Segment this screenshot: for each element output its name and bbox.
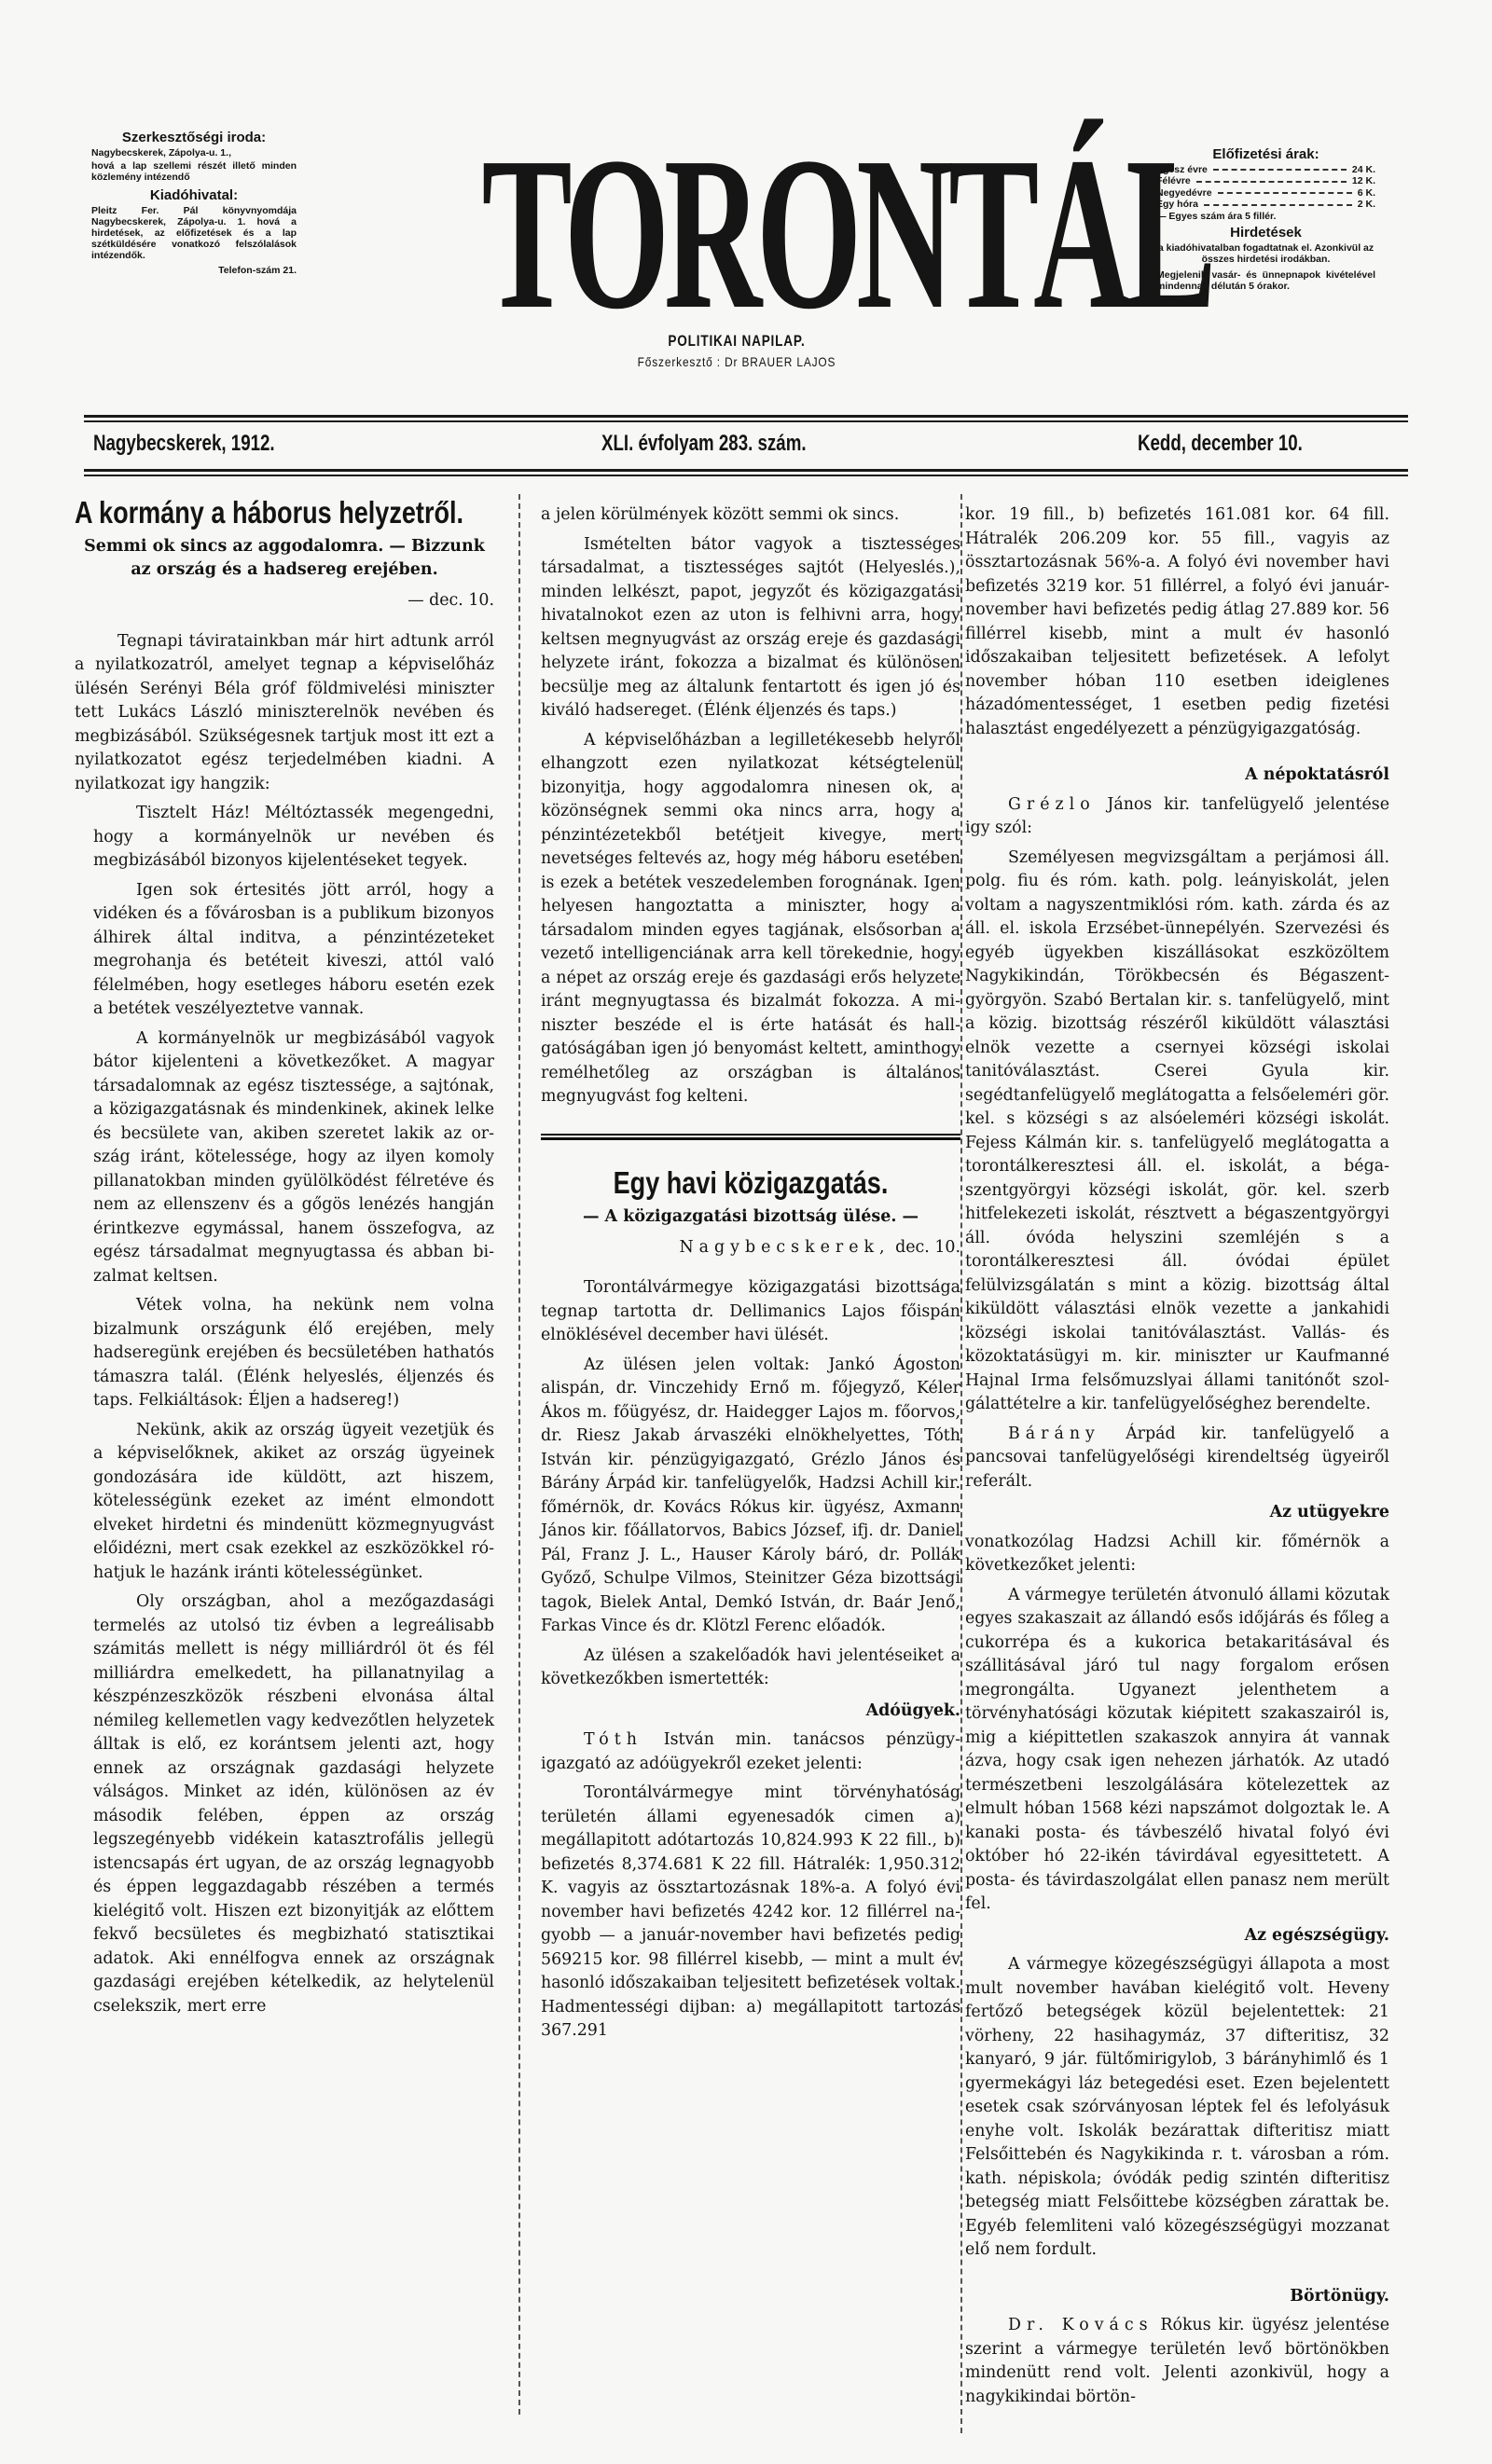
volume-issue: XLI. évfolyam 283. szám. (601, 431, 807, 457)
ads-text: a kiadóhivatalban fogadtatnak el. Azonki… (1156, 242, 1375, 266)
paragraph: Torontálvármegye közigazgatási bi­zottsá… (541, 1276, 960, 1348)
paragraph: vonatkozólag Hadzsi Achill kir. főmér­nö… (965, 1531, 1389, 1578)
newspaper-title: TORONTÁL (482, 140, 974, 326)
article-dateline: — dec. 10. (75, 589, 494, 613)
bottom-rule (84, 469, 1408, 472)
paragraph: Torontálvármegye mint törvényható­ság te… (541, 1782, 960, 2044)
editorial-office-heading: Szerkesztőségi iroda: (91, 132, 297, 144)
column-separator (960, 494, 962, 2433)
article-deck: — A közigazgatási bizottság ülése. — (541, 1205, 960, 1229)
paragraph: Ismételten bátor vagyok a tisztes­séges … (541, 533, 960, 723)
paragraph: Grézlo János kir. tanfelügyelő je­lentés… (965, 793, 1389, 841)
article-deck: Semmi ok sincs az aggodalomra. — Bizzunk… (75, 535, 494, 582)
price-row: Egész évre24 K. (1156, 164, 1375, 176)
paragraph: Dr. Kovács Rókus kir. ügyész je­lentése … (965, 2314, 1389, 2409)
price-row: Egy hóra2 K. (1156, 199, 1375, 211)
office-info-box: Szerkesztőségi iroda: Nagybecskerek, Záp… (91, 131, 297, 278)
paragraph: Tóth István min. tanácsos pénzügy­igazga… (541, 1728, 960, 1776)
paragraph: Az ülésen jelen voltak: Jankó Ágos­ton a… (541, 1354, 960, 1639)
paragraph: Személyesen megvizsgáltam a perjá­mosi á… (965, 847, 1389, 1417)
section-heading: Az egészségügy. (965, 1924, 1389, 1948)
paragraph: a jelen körülmények között semmi ok sinc… (541, 503, 960, 528)
weekday-date: Kedd, december 10. (1138, 431, 1303, 457)
price-row: Félévre12 K. (1156, 175, 1375, 187)
paragraph: Vétek volna, ha nekünk nem volna bizalmu… (93, 1294, 494, 1413)
section-heading: Az utügyekre (965, 1501, 1389, 1525)
paragraph: Igen sok értesités jött arról, hogy a vi… (93, 879, 494, 1022)
section-heading: Börtönügy. (965, 2285, 1389, 2309)
section-heading: Adóügyek. (541, 1700, 960, 1724)
top-rule (84, 415, 1408, 418)
phone-number: Telefon-szám 21. (91, 265, 297, 276)
paragraph: A képviselőházban a legilletékesebb hely… (541, 729, 960, 1109)
newspaper-subtitle: POLITIKAI NAPILAP. (550, 332, 923, 351)
ads-heading: Hirdetések (1156, 227, 1375, 240)
article-divider (541, 1134, 960, 1140)
place-year: Nagybecskerek, 1912. (93, 431, 275, 457)
paragraph: kor. 19 fill., b) befizetés 161.081 kor.… (965, 503, 1389, 741)
editorial-office-address: Nagybecskerek, Zápolya-u. 1., (91, 147, 297, 158)
column-1: A kormány a háborus helyzetről. Semmi ok… (75, 494, 494, 2024)
bottom-rule-thin (84, 475, 1408, 476)
paragraph: Bárány Árpád kir. tanfelügyelő a pancsov… (965, 1423, 1389, 1494)
top-rule-thin (84, 420, 1408, 422)
subscription-heading: Előfizetési árak: (1156, 149, 1375, 161)
paragraph: Tisztelt Ház! Méltóztassék megen­gedni, … (93, 802, 494, 874)
paragraph: A kormányelnök ur megbizásából vagyok bá… (93, 1027, 494, 1289)
editorial-office-note: hová a lap szellemi részét illető minden… (91, 160, 297, 183)
section-heading: A népoktatásról (965, 764, 1389, 788)
masthead: Szerkesztőségi iroda: Nagybecskerek, Záp… (0, 121, 1492, 401)
article-dateline: Nagybecskerek, dec. 10. (541, 1236, 960, 1260)
paragraph: A vármegye területén átvonuló állami köz… (965, 1584, 1389, 1917)
subscription-info-box: Előfizetési árak: Egész évre24 K. Félévr… (1156, 149, 1375, 296)
paragraph: Az ülésen a szakelőadók havi jelenté­sei… (541, 1645, 960, 1692)
article-headline: Egy havi közigazgatás. (579, 1164, 923, 1202)
article-headline: A kormány a háborus helyzetről. (75, 494, 419, 531)
price-row: Negyedévre6 K. (1156, 187, 1375, 200)
single-copy-price: — Egyes szám ára 5 fillér. (1156, 211, 1375, 223)
column-2: a jelen körülmények között semmi ok sinc… (541, 503, 960, 2049)
paragraph: Oly országban, ahol a mezőgazda­sági ter… (93, 1590, 494, 2018)
newspaper-page: Szerkesztőségi iroda: Nagybecskerek, Záp… (0, 0, 1492, 2464)
publishing-office-heading: Kiadóhivatal: (91, 190, 297, 201)
column-3: kor. 19 fill., b) befizetés 161.081 kor.… (965, 503, 1389, 2415)
date-bar: Nagybecskerek, 1912. XLI. évfolyam 283. … (93, 431, 1389, 462)
paragraph: A vármegye közegészségügyi állapota a mo… (965, 1953, 1389, 2263)
paragraph: Nekünk, akik az ország ügyeit ve­zetjük … (93, 1419, 494, 1586)
column-separator (518, 494, 520, 2415)
publication-schedule: Megjelenik vasár- és ünnepnapok kivételé… (1156, 269, 1375, 293)
paragraph: Tegnapi távirataink­ban már hirt ad­tunk… (75, 630, 494, 797)
publishing-office-text: Pleitz Fer. Pál könyvnyomdája Nagybecske… (91, 205, 297, 261)
editor-in-chief: Főszerkesztő : Dr BRAUER LAJOS (539, 354, 935, 369)
